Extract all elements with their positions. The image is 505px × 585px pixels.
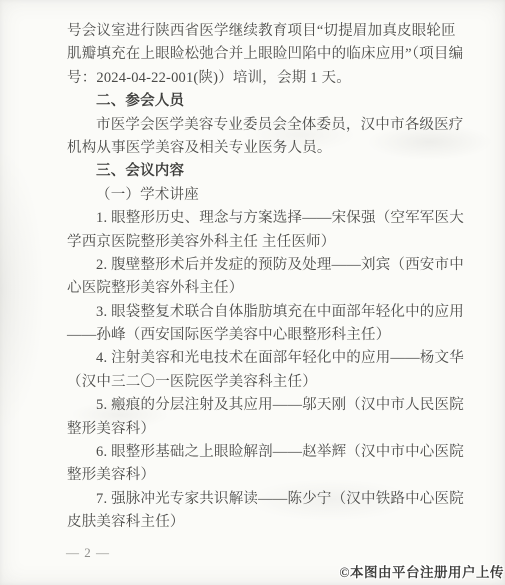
document-line: 6. 眼整形基础之上眼睑解剖——赵举辉（汉中市中心医院 — [67, 441, 465, 464]
document-line: 3. 眼袋整复术联合自体脂肪填充在中面部年轻化中的应用 — [67, 301, 465, 324]
document-line: 5. 瘢痕的分层注射及其应用——邬天刚（汉中市人民医院 — [67, 394, 465, 417]
document-body: 号会议室进行陕西省医学继续教育项目“切提眉加真皮眼轮匝 肌瓣填充在上眼睑松弛合并… — [67, 20, 465, 535]
document-line: 三、会议内容 — [67, 160, 465, 183]
page-number: — 2 — — [66, 545, 110, 561]
document-line: 1. 眼整形历史、理念与方案选择——宋保强（空军军医大 — [67, 207, 465, 230]
document-page: 号会议室进行陕西省医学继续教育项目“切提眉加真皮眼轮匝 肌瓣填充在上眼睑松弛合并… — [0, 0, 505, 585]
document-line: 市医学会医学美容专业委员会全体委员，汉中市各级医疗 — [67, 114, 465, 137]
document-line: ——孙峰（西安国际医学美容中心眼整形科主任） — [67, 324, 465, 347]
document-line: 学西京医院整形美容外科主任 主任医师） — [67, 231, 465, 254]
document-line: 4. 注射美容和光电技术在面部年轻化中的应用——杨文华 — [67, 347, 465, 370]
document-line: 2. 腹壁整形术后并发症的预防及处理——刘宾（西安市中 — [67, 254, 465, 277]
document-line: 整形美容科） — [67, 464, 465, 487]
document-line: （汉中三二〇一医院医学美容科主任） — [67, 371, 465, 394]
document-line: 号会议室进行陕西省医学继续教育项目“切提眉加真皮眼轮匝 — [67, 20, 465, 43]
document-line: （一）学术讲座 — [67, 184, 465, 207]
document-line: 肌瓣填充在上眼睑松弛合并上眼睑凹陷中的临床应用”（项目编 — [67, 43, 465, 66]
document-line: 皮肤美容科主任） — [67, 511, 465, 534]
uploader-watermark: ©本图由平台注册用户上传 — [339, 561, 504, 581]
document-line: 整形美容科） — [67, 418, 465, 441]
document-line: 机构从事医学美容及相关专业医务人员。 — [67, 137, 465, 160]
document-line: 心医院整形美容外科主任） — [67, 277, 465, 300]
document-line: 7. 强脉冲光专家共识解读——陈少宁（汉中铁路中心医院 — [67, 488, 465, 511]
document-line: 二、参会人员 — [67, 90, 465, 113]
document-line: 号：2024-04-22-001(陕)）培训，会期 1 天。 — [67, 67, 465, 90]
